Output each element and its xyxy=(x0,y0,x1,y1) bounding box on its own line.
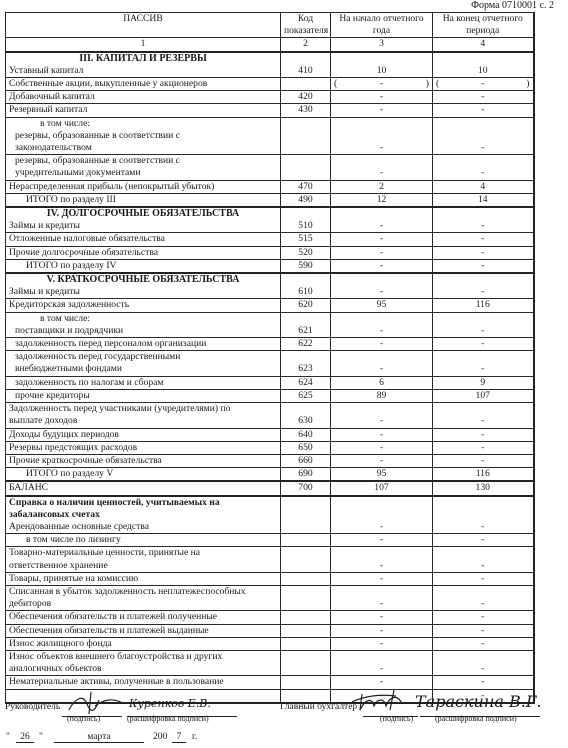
table-row: Списанная в убыток задолженность неплате… xyxy=(6,585,534,610)
row-end-value: 10 xyxy=(433,52,534,78)
row-start-value: 10 xyxy=(331,52,433,78)
row-start-value: 89 xyxy=(331,389,433,402)
row-label: Товары, принятые на комиссию xyxy=(6,572,281,585)
table-row: Нематериальные активы, полученные в поль… xyxy=(6,676,534,689)
row-end-value: (-) xyxy=(433,78,534,91)
header-end: На конец отчетногопериода xyxy=(433,13,534,38)
row-start-value: - xyxy=(331,650,433,675)
table-row: Справка о наличии ценностей, учитываемых… xyxy=(6,496,534,534)
row-end-value: - xyxy=(433,351,534,376)
row-label: Займы и кредиты xyxy=(9,286,80,297)
section-title: III. КАПИТАЛ И РЕЗЕРВЫ xyxy=(9,53,277,65)
row-label: Износ объектов внешнего благоустройства … xyxy=(6,650,281,675)
chief-signature-icon xyxy=(350,688,420,714)
row-code: 515 xyxy=(281,233,331,246)
row-start-value: - xyxy=(331,496,433,534)
row-code xyxy=(281,155,331,180)
row-label: Нераспределенная прибыль (непокрытый убы… xyxy=(6,180,281,193)
row-label: Уставный капитал xyxy=(9,65,83,76)
head-name: Куренков Е.В. xyxy=(129,697,211,710)
row-label: Добавочный капитал xyxy=(6,91,281,104)
header-liabilities: ПАССИВ xyxy=(6,13,281,38)
row-start-value: - xyxy=(331,624,433,637)
row-start-value: - xyxy=(331,547,433,572)
row-label: Обеспечения обязательств и платежей выда… xyxy=(6,624,281,637)
row-code xyxy=(281,117,331,155)
row-label: Задолженность перед участниками (учредит… xyxy=(6,403,281,428)
table-row: прочие кредиторы 625 89 107 xyxy=(6,389,534,402)
date-row: " 26 " марта 200 7 г. xyxy=(6,732,306,746)
row-label: Товарно-материальные ценности, принятые … xyxy=(6,547,281,572)
row-start-value: - xyxy=(331,403,433,428)
row-start-value: - xyxy=(331,233,433,246)
row-label: ИТОГО по разделу V xyxy=(6,468,281,482)
row-start-value: 12 xyxy=(331,193,433,207)
row-label: Прочие долгосрочные обязательства xyxy=(6,246,281,259)
row-label: Отложенные налоговые обязательства xyxy=(6,233,281,246)
chief-sign-caption: (подпись) xyxy=(380,714,413,723)
row-label: резервы, образованные в соответствии суч… xyxy=(6,155,281,180)
row-end-value: - xyxy=(433,650,534,675)
table-row: III. КАПИТАЛ И РЕЗЕРВЫУставный капитал 4… xyxy=(6,52,534,78)
row-code: 624 xyxy=(281,376,331,389)
row-code: 510 xyxy=(281,207,331,233)
row-label: Арендованные основные средства xyxy=(9,521,277,533)
column-number-row: 1 2 3 4 xyxy=(6,38,534,52)
row-end-value: - xyxy=(433,428,534,441)
row-label: в том числе:поставщики и подрядчики xyxy=(6,312,281,337)
row-label: БАЛАНС xyxy=(6,481,281,495)
section-title: V. КРАТКОСРОЧНЫЕ ОБЯЗАТЕЛЬСТВА xyxy=(9,274,277,286)
row-code: 640 xyxy=(281,428,331,441)
row-label: Займы и кредиты xyxy=(9,220,80,231)
table-row: резервы, образованные в соответствии суч… xyxy=(6,155,534,180)
row-end-value: - xyxy=(433,454,534,467)
row-end-value: - xyxy=(433,273,534,299)
row-end-value: - xyxy=(433,547,534,572)
row-end-value: 130 xyxy=(433,481,534,495)
row-label: прочие кредиторы xyxy=(6,389,281,402)
head-signature-icon xyxy=(65,690,125,716)
row-start-value: - xyxy=(331,207,433,233)
form-id: Форма 0710001 с. 2 xyxy=(471,0,554,12)
head-name-caption: (расшифровка подписи) xyxy=(127,714,209,723)
row-code: 622 xyxy=(281,338,331,351)
row-end-value: 9 xyxy=(433,376,534,389)
column-number: 3 xyxy=(331,38,433,52)
row-code: 410 xyxy=(281,52,331,78)
date-year-digit: 7 xyxy=(172,732,186,743)
row-code: 610 xyxy=(281,273,331,299)
row-end-value: - xyxy=(433,233,534,246)
row-end-value: - xyxy=(433,259,534,273)
table-row: Товары, принятые на комиссию - - xyxy=(6,572,534,585)
row-code xyxy=(281,637,331,650)
row-label: Обеспечения обязательств и платежей полу… xyxy=(6,611,281,624)
row-code: 690 xyxy=(281,468,331,482)
row-start-value: - xyxy=(331,585,433,610)
row-label: задолженность по налогам и сборам xyxy=(6,376,281,389)
date-day: 26 xyxy=(16,732,34,743)
row-label: Резервы предстоящих расходов xyxy=(6,441,281,454)
table-row: Износ жилищного фонда - - xyxy=(6,637,534,650)
row-label: Кредиторская задолженность xyxy=(6,299,281,312)
row-end-value: - xyxy=(433,676,534,689)
row-start-value: - xyxy=(331,534,433,547)
head-label: Руководитель xyxy=(5,702,60,712)
row-code: 590 xyxy=(281,259,331,273)
row-code xyxy=(281,650,331,675)
row-start-value: 2 xyxy=(331,180,433,193)
row-end-value: - xyxy=(433,496,534,534)
section-title: Справка о наличии ценностей, учитываемых… xyxy=(9,497,277,509)
row-code xyxy=(281,547,331,572)
row-start-value: - xyxy=(331,104,433,117)
date-year-prefix: 200 xyxy=(153,732,167,742)
table-row: Кредиторская задолженность 620 95 116 xyxy=(6,299,534,312)
date-quote: " xyxy=(6,732,10,742)
row-end-value: 4 xyxy=(433,180,534,193)
row-start-value: 107 xyxy=(331,481,433,495)
row-end-value: - xyxy=(433,207,534,233)
column-number: 4 xyxy=(433,38,534,52)
row-label: Прочие краткосрочные обязательства xyxy=(6,454,281,467)
row-start-value: (-) xyxy=(331,78,433,91)
table-row: Износ объектов внешнего благоустройства … xyxy=(6,650,534,675)
row-end-value: - xyxy=(433,534,534,547)
header-start: На начало отчетногогода xyxy=(331,13,433,38)
row-code: 625 xyxy=(281,389,331,402)
row-start-value: - xyxy=(331,611,433,624)
row-code: 430 xyxy=(281,104,331,117)
row-start-value: - xyxy=(331,572,433,585)
row-end-value: - xyxy=(433,155,534,180)
row-code xyxy=(281,611,331,624)
section-title: IV. ДОЛГОСРОЧНЫЕ ОБЯЗАТЕЛЬСТВА xyxy=(9,208,277,220)
signature-block: Руководитель Куренков Е.В. (подпись) (ра… xyxy=(5,694,565,724)
row-code xyxy=(281,624,331,637)
row-end-value: - xyxy=(433,637,534,650)
row-end-value: - xyxy=(433,403,534,428)
table-row: задолженность перед государственнымивнеб… xyxy=(6,351,534,376)
row-start-value: - xyxy=(331,259,433,273)
row-start-value: - xyxy=(331,312,433,337)
row-start-value: 95 xyxy=(331,299,433,312)
row-end-value: - xyxy=(433,246,534,259)
row-end-value: - xyxy=(433,338,534,351)
row-end-value: - xyxy=(433,117,534,155)
header-code: Кодпоказателя xyxy=(281,13,331,38)
table-row: Обеспечения обязательств и платежей выда… xyxy=(6,624,534,637)
chief-name-caption: (расшифровка подписи) xyxy=(435,714,517,723)
row-code xyxy=(281,78,331,91)
row-code xyxy=(281,585,331,610)
row-label: задолженность перед персоналом организац… xyxy=(6,338,281,351)
row-code xyxy=(281,496,331,534)
row-code: 520 xyxy=(281,246,331,259)
row-code: 630 xyxy=(281,403,331,428)
row-code: 660 xyxy=(281,454,331,467)
table-row: Собственные акции, выкупленные у акционе… xyxy=(6,78,534,91)
row-label: Нематериальные активы, полученные в поль… xyxy=(6,676,281,689)
row-code: 620 xyxy=(281,299,331,312)
row-code: 470 xyxy=(281,180,331,193)
chief-label: Главный бухгалтер xyxy=(280,702,357,712)
column-number: 1 xyxy=(6,38,281,52)
row-end-value: - xyxy=(433,312,534,337)
row-label: Резервный капитал xyxy=(6,104,281,117)
row-start-value: - xyxy=(331,428,433,441)
row-label: в том числе:резервы, образованные в соот… xyxy=(6,117,281,155)
row-end-value: 14 xyxy=(433,193,534,207)
table-header-row: ПАССИВ Кодпоказателя На начало отчетного… xyxy=(6,13,534,38)
row-start-value: - xyxy=(331,91,433,104)
table-row: Нераспределенная прибыль (непокрытый убы… xyxy=(6,180,534,193)
table-row: Прочие краткосрочные обязательства 660 -… xyxy=(6,454,534,467)
table-row: Товарно-материальные ценности, принятые … xyxy=(6,547,534,572)
row-start-value: - xyxy=(331,246,433,259)
row-code xyxy=(281,676,331,689)
row-start-value: - xyxy=(331,338,433,351)
table-row: Резервы предстоящих расходов 650 - - xyxy=(6,441,534,454)
table-row: в том числе:резервы, образованные в соот… xyxy=(6,117,534,155)
table-row: IV. ДОЛГОСРОЧНЫЕ ОБЯЗАТЕЛЬСТВАЗаймы и кр… xyxy=(6,207,534,233)
table-row-balance: БАЛАНС 700 107 130 xyxy=(6,481,534,495)
table-row: Отложенные налоговые обязательства 515 -… xyxy=(6,233,534,246)
row-code: 490 xyxy=(281,193,331,207)
table-row: Резервный капитал 430 - - xyxy=(6,104,534,117)
table-row-total: ИТОГО по разделу V 690 95 116 xyxy=(6,468,534,482)
table-row: Прочие долгосрочные обязательства 520 - … xyxy=(6,246,534,259)
row-end-value: - xyxy=(433,104,534,117)
row-label: ИТОГО по разделу IV xyxy=(6,259,281,273)
column-number: 2 xyxy=(281,38,331,52)
row-code xyxy=(281,572,331,585)
row-start-value: - xyxy=(331,351,433,376)
row-label: задолженность перед государственнымивнеб… xyxy=(6,351,281,376)
table-row: в том числе по лизингу - - xyxy=(6,534,534,547)
row-label: Списанная в убыток задолженность неплате… xyxy=(6,585,281,610)
table-row-total: ИТОГО по разделу IV 590 - - xyxy=(6,259,534,273)
date-month: марта xyxy=(54,732,144,743)
row-start-value: - xyxy=(331,454,433,467)
row-end-value: - xyxy=(433,585,534,610)
row-start-value: - xyxy=(331,155,433,180)
row-code: 621 xyxy=(281,312,331,337)
row-start-value: - xyxy=(331,273,433,299)
row-code xyxy=(281,534,331,547)
table-row-total: ИТОГО по разделу III 490 12 14 xyxy=(6,193,534,207)
chief-name: Тараскина В.Г. xyxy=(415,692,542,711)
row-code: 623 xyxy=(281,351,331,376)
row-end-value: - xyxy=(433,91,534,104)
row-label: ИТОГО по разделу III xyxy=(6,193,281,207)
row-end-value: - xyxy=(433,611,534,624)
date-quote: " xyxy=(39,732,43,742)
row-label: Износ жилищного фонда xyxy=(6,637,281,650)
table-row: Доходы будущих периодов 640 - - xyxy=(6,428,534,441)
date-suffix: г. xyxy=(192,732,197,742)
table-row: в том числе:поставщики и подрядчики 621 … xyxy=(6,312,534,337)
row-end-value: - xyxy=(433,572,534,585)
row-code: 650 xyxy=(281,441,331,454)
table-row: задолженность перед персоналом организац… xyxy=(6,338,534,351)
row-label: Собственные акции, выкупленные у акционе… xyxy=(6,78,281,91)
row-end-value: 116 xyxy=(433,468,534,482)
row-end-value: - xyxy=(433,624,534,637)
row-start-value: - xyxy=(331,637,433,650)
row-start-value: - xyxy=(331,117,433,155)
row-end-value: 107 xyxy=(433,389,534,402)
row-start-value: 6 xyxy=(331,376,433,389)
row-start-value: 95 xyxy=(331,468,433,482)
liabilities-table: ПАССИВ Кодпоказателя На начало отчетного… xyxy=(5,12,535,704)
row-end-value: - xyxy=(433,441,534,454)
row-label: в том числе по лизингу xyxy=(6,534,281,547)
table-row: V. КРАТКОСРОЧНЫЕ ОБЯЗАТЕЛЬСТВАЗаймы и кр… xyxy=(6,273,534,299)
head-sign-caption: (подпись) xyxy=(67,714,100,723)
row-label: Доходы будущих периодов xyxy=(6,428,281,441)
row-code: 700 xyxy=(281,481,331,495)
row-code: 420 xyxy=(281,91,331,104)
table-row: Добавочный капитал 420 - - xyxy=(6,91,534,104)
row-start-value: - xyxy=(331,441,433,454)
table-row: задолженность по налогам и сборам 624 6 … xyxy=(6,376,534,389)
table-row: Задолженность перед участниками (учредит… xyxy=(6,403,534,428)
row-end-value: 116 xyxy=(433,299,534,312)
table-row: Обеспечения обязательств и платежей полу… xyxy=(6,611,534,624)
